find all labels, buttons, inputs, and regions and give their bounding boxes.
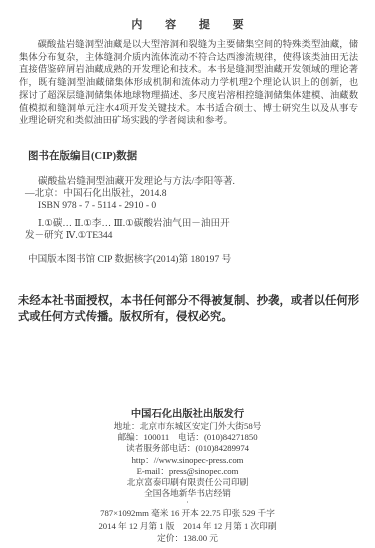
summary-heading: 内 容 提 要 (0, 0, 375, 32)
format-and-sheets: 787×1092mm 毫米 16 开本 22.75 印张 529 千字 (0, 507, 375, 519)
colophon-block: 中国石化出版社出版发行 地址：北京市东城区安定门外大街58号 邮编：100011… (0, 408, 375, 544)
publisher-email: E-mail：press@sinopec.com (0, 466, 375, 477)
cip-title-line-1: 碳酸盐岩缝洞型油藏开发理论与方法/李阳等著. (28, 176, 375, 188)
cip-class-line-2: 发－研究 Ⅳ.①TE344 (25, 230, 375, 242)
postal-and-phone: 邮编：100011 电话：(010)84271850 (0, 432, 375, 443)
cip-title-group: 碳酸盐岩缝洞型油藏开发理论与方法/李阳等著. —北京：中国石化出版社，2014.… (28, 176, 375, 212)
publisher-line: 中国石化出版社出版发行 (0, 408, 375, 421)
cip-title-line-2: —北京：中国石化出版社，2014.8 (25, 188, 375, 200)
publisher-address: 地址：北京市东城区安定门外大街58号 (0, 421, 375, 432)
cip-isbn: ISBN 978 - 7 - 5114 - 2910 - 0 (28, 200, 375, 212)
printer-line: 北京富泰印刷有限责任公司印刷 (0, 477, 375, 488)
price-line: 定价：138.00 元 (0, 532, 375, 544)
dot-separator: · (0, 499, 375, 507)
edition-and-printing: 2014 年 12 月第 1 版 2014 年 12 月第 1 次印刷 (0, 520, 375, 532)
cip-heading: 图书在版编目(CIP)数据 (28, 148, 375, 163)
summary-paragraph: 碳酸盐岩缝洞型油藏是以大型溶洞和裂缝为主要储集空间的特殊类型油藏，储集体分布复杂… (19, 39, 358, 128)
cip-record-number: 中国版本图书馆 CIP 数据核字(2014)第 180197 号 (28, 251, 375, 265)
cip-class-line-1: Ⅰ.①碳… Ⅱ.①李… Ⅲ.①碳酸岩油气田－油田开 (28, 218, 375, 230)
reader-service-phone: 读者服务部电话：(010)84289974 (0, 443, 375, 454)
copyright-notice: 未经本社书面授权，本书任何部分不得被复制、抄袭，或者以任何形式或任何方式传播。版… (18, 293, 359, 326)
book-copyright-page: 内 容 提 要 碳酸盐岩缝洞型油藏是以大型溶洞和裂缝为主要储集空间的特殊类型油藏… (0, 0, 375, 548)
cip-classification-group: Ⅰ.①碳… Ⅱ.①李… Ⅲ.①碳酸岩油气田－油田开 发－研究 Ⅳ.①TE344 (28, 218, 375, 242)
publisher-website: http：//www.sinopec-press.com (0, 455, 375, 466)
cip-block: 图书在版编目(CIP)数据 碳酸盐岩缝洞型油藏开发理论与方法/李阳等著. —北京… (28, 148, 375, 265)
